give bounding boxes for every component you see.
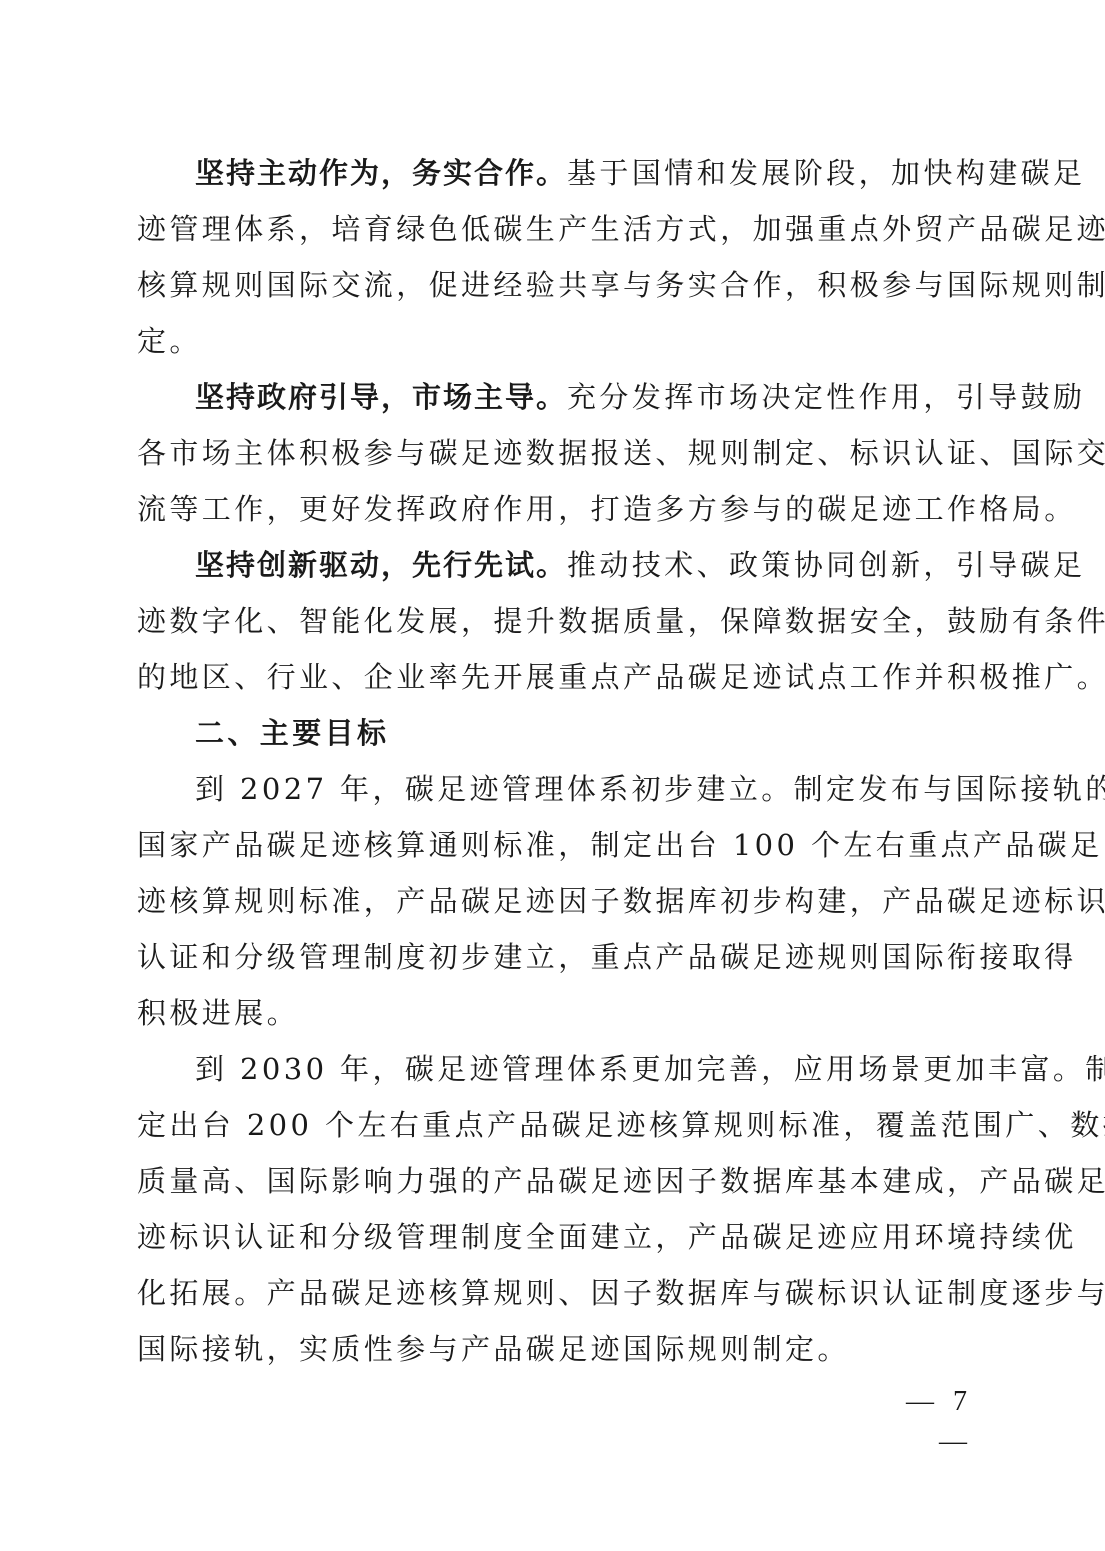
paragraph-line: 各市场主体积极参与碳足迹数据报送、规则制定、标识认证、国际交 <box>137 433 969 473</box>
paragraph-line: 的地区、行业、企业率先开展重点产品碳足迹试点工作并积极推广。 <box>137 657 969 697</box>
bold-lead: 坚持政府引导，市场主导。 <box>195 380 567 414</box>
bold-lead: 坚持创新驱动，先行先试。 <box>195 548 567 582</box>
page-number: — 7 — <box>868 1382 973 1462</box>
paragraph-line: 定出台 200 个左右重点产品碳足迹核算规则标准，覆盖范围广、数据 <box>137 1105 969 1145</box>
paragraph-line: 迹数字化、智能化发展，提升数据质量，保障数据安全，鼓励有条件 <box>137 601 969 641</box>
paragraph-line: 迹管理体系，培育绿色低碳生产生活方式，加强重点外贸产品碳足迹 <box>137 209 969 249</box>
paragraph-line: 定。 <box>137 321 969 361</box>
paragraph-line: 积极进展。 <box>137 993 969 1033</box>
paragraph-text: 基于国情和发展阶段，加快构建碳足 <box>567 156 1085 190</box>
paragraph-line: 国家产品碳足迹核算通则标准，制定出台 100 个左右重点产品碳足 <box>137 825 969 865</box>
paragraph-line: 流等工作，更好发挥政府作用，打造多方参与的碳足迹工作格局。 <box>137 489 969 529</box>
document-page: 坚持主动作为，务实合作。基于国情和发展阶段，加快构建碳足 迹管理体系，培育绿色低… <box>0 0 1105 1551</box>
paragraph-line: 质量高、国际影响力强的产品碳足迹因子数据库基本建成，产品碳足 <box>137 1161 969 1201</box>
bold-lead: 坚持主动作为，务实合作。 <box>195 156 567 190</box>
section-heading: 二、主要目标 <box>195 713 969 753</box>
paragraph-line: 认证和分级管理制度初步建立，重点产品碳足迹规则国际衔接取得 <box>137 937 969 977</box>
paragraph-text: 推动技术、政策协同创新，引导碳足 <box>567 548 1085 582</box>
paragraph-line: 迹核算规则标准，产品碳足迹因子数据库初步构建，产品碳足迹标识 <box>137 881 969 921</box>
paragraph-text: 充分发挥市场决定性作用，引导鼓励 <box>567 380 1085 414</box>
paragraph-line: 坚持创新驱动，先行先试。推动技术、政策协同创新，引导碳足 <box>195 545 969 585</box>
paragraph-line: 核算规则国际交流，促进经验共享与务实合作，积极参与国际规则制 <box>137 265 969 305</box>
paragraph-line: 到 2027 年，碳足迹管理体系初步建立。制定发布与国际接轨的 <box>195 769 969 809</box>
paragraph-line: 国际接轨，实质性参与产品碳足迹国际规则制定。 <box>137 1329 969 1369</box>
paragraph-line: 迹标识认证和分级管理制度全面建立，产品碳足迹应用环境持续优 <box>137 1217 969 1257</box>
paragraph-line: 化拓展。产品碳足迹核算规则、因子数据库与碳标识认证制度逐步与 <box>137 1273 969 1313</box>
paragraph-line: 坚持政府引导，市场主导。充分发挥市场决定性作用，引导鼓励 <box>195 377 969 417</box>
paragraph-line: 坚持主动作为，务实合作。基于国情和发展阶段，加快构建碳足 <box>195 153 969 193</box>
paragraph-line: 到 2030 年，碳足迹管理体系更加完善，应用场景更加丰富。制 <box>195 1049 969 1089</box>
